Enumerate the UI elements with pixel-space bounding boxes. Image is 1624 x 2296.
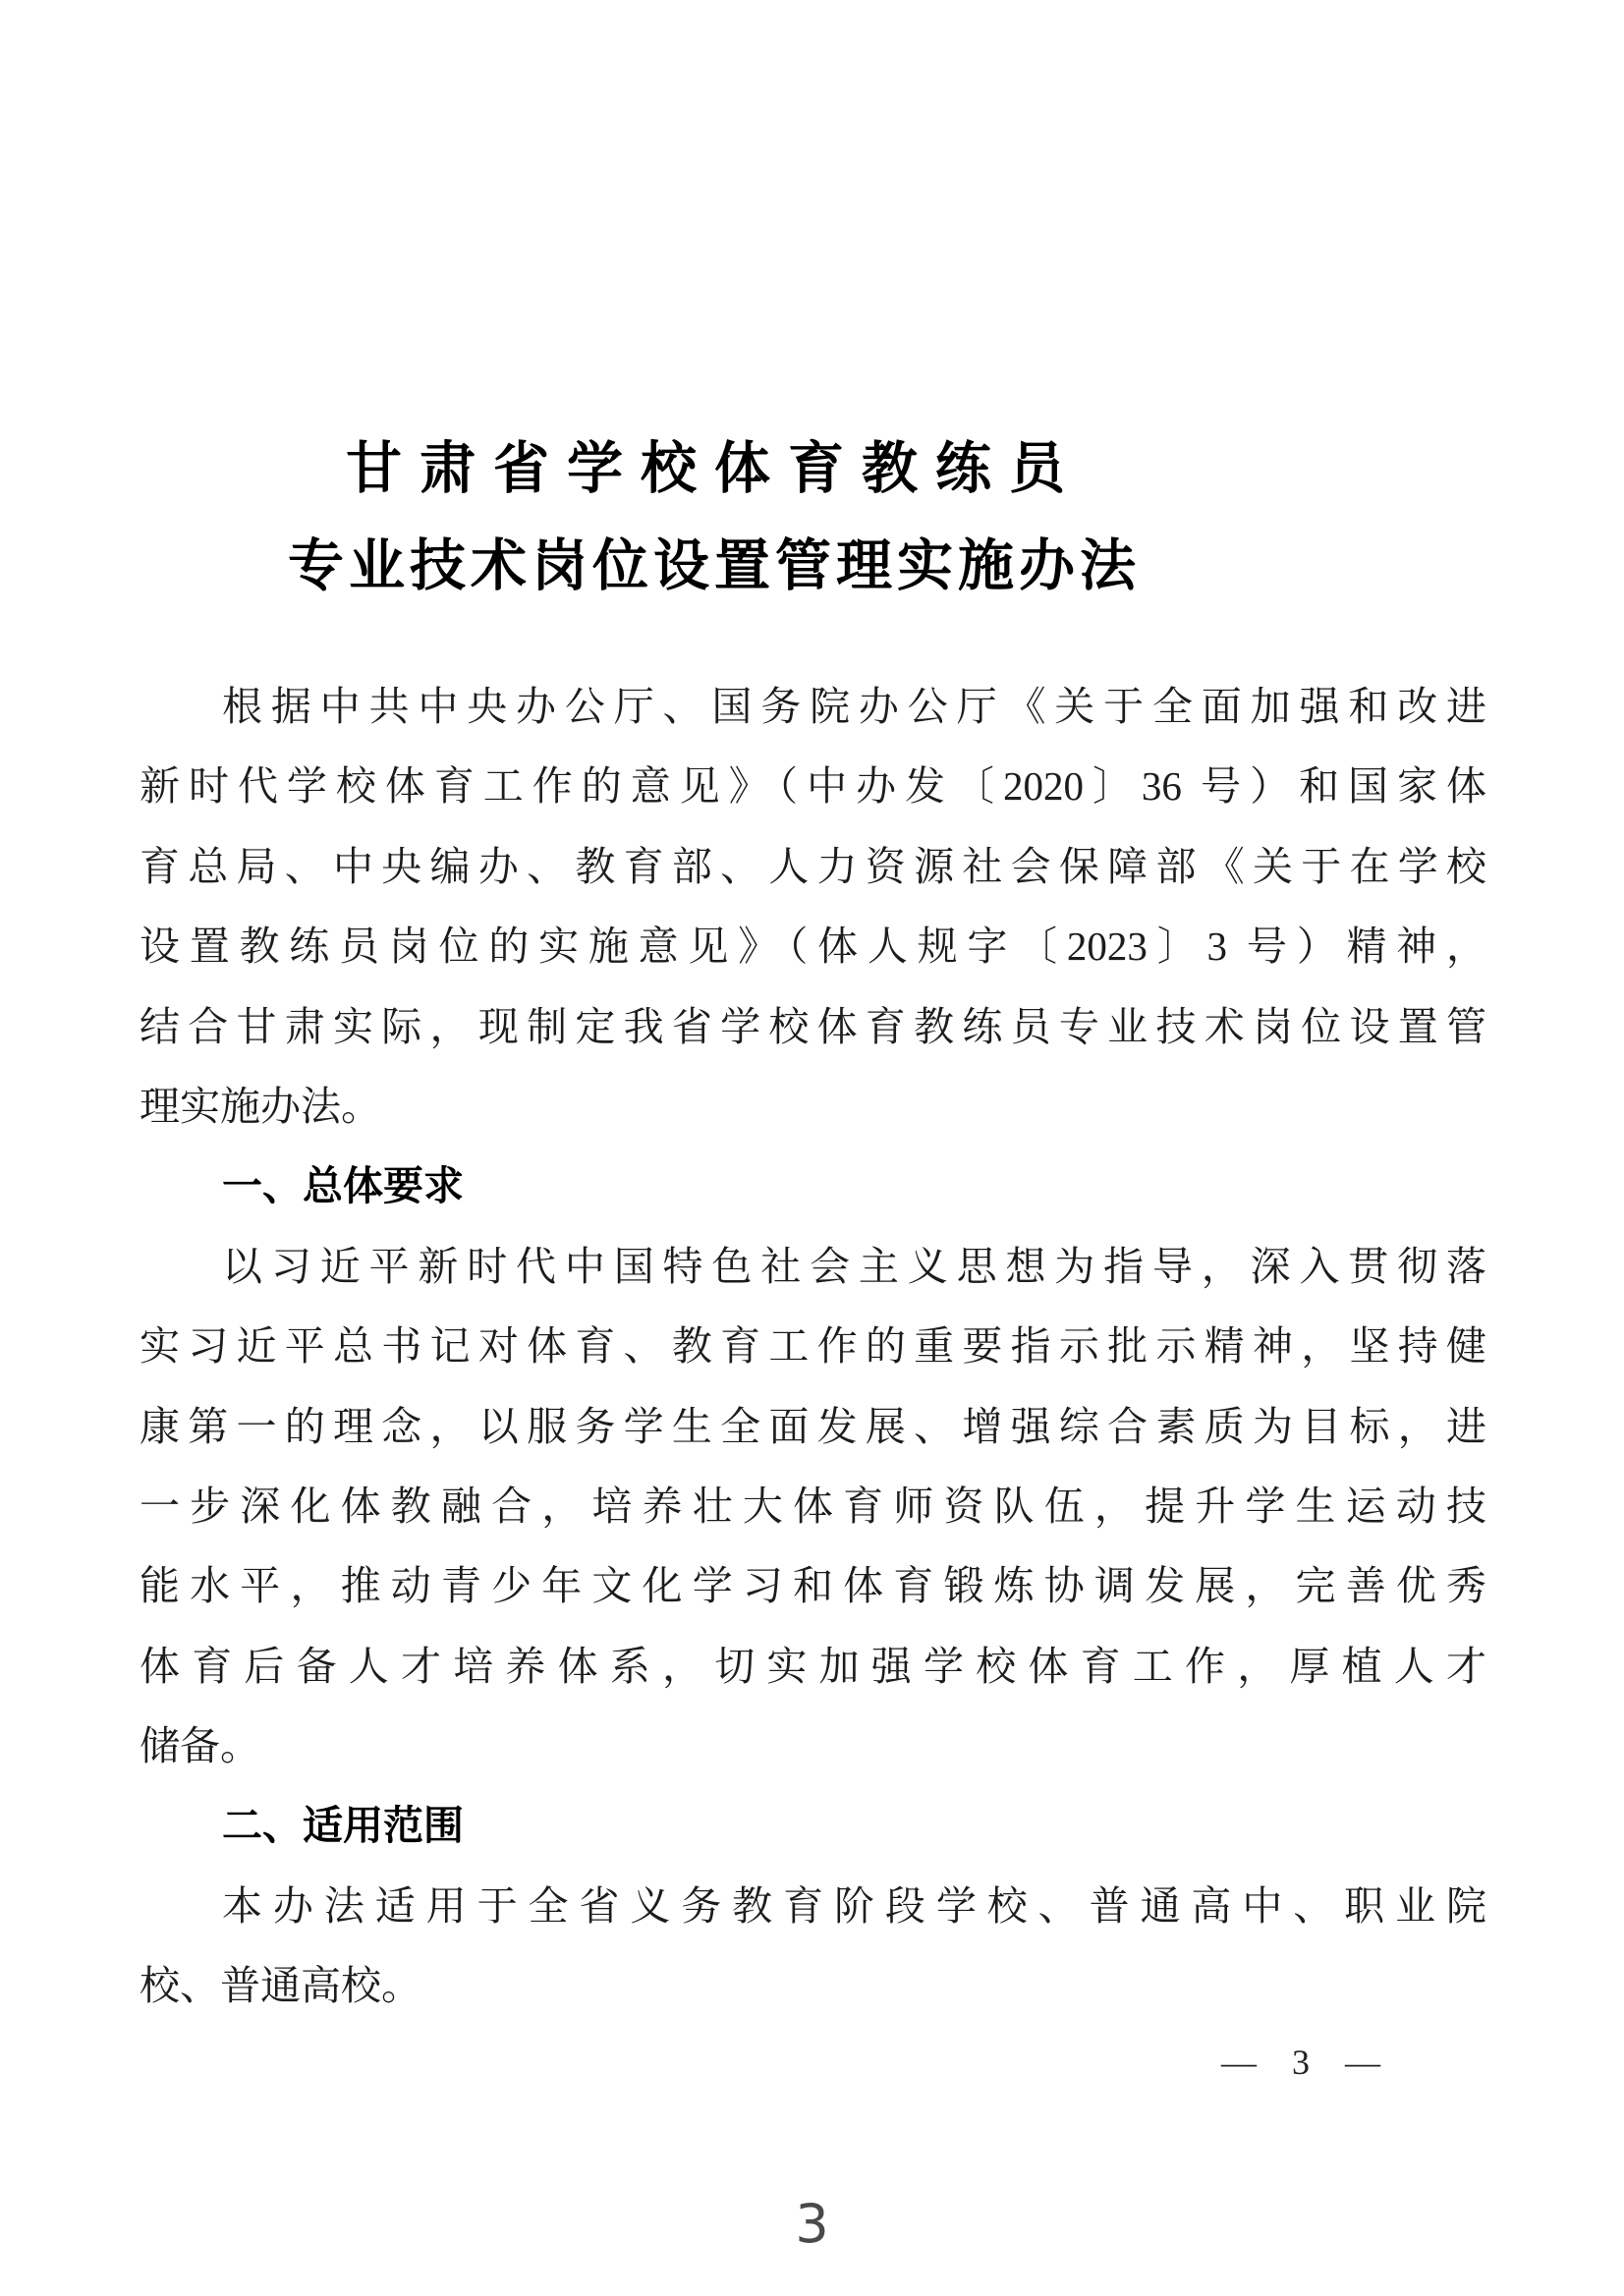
paragraph-line: 校、普通高校。 [140,1946,1486,2026]
section-heading-2: 二、适用范围 [140,1786,1486,1866]
paragraph-line: 新时代学校体育工作的意见》（中办发〔2020〕36 号）和国家体 [140,747,1486,826]
doc-title-line-2: 专业技术岗位设置管理实施办法 [0,536,1428,597]
document-page: 甘肃省学校体育教练员 专业技术岗位设置管理实施办法 根据中共中央办公厅、国务院办… [0,0,1624,2296]
section-heading-1: 一、总体要求 [140,1147,1486,1226]
paragraph-line: 本办法适用于全省义务教育阶段学校、普通高中、职业院 [140,1867,1486,1946]
paragraph-line: 根据中共中央办公厅、国务院办公厅《关于全面加强和改进 [140,667,1486,747]
doc-body: 根据中共中央办公厅、国务院办公厅《关于全面加强和改进 新时代学校体育工作的意见》… [140,667,1486,2027]
paragraph-line: 以习近平新时代中国特色社会主义思想为指导，深入贯彻落 [140,1227,1486,1307]
paragraph-line: 育总局、中央编办、教育部、人力资源社会保障部《关于在学校 [140,827,1486,907]
paragraph-line: 设置教练员岗位的实施意见》（体人规字〔2023〕3 号）精神， [140,907,1486,986]
paragraph-line: 一步深化体教融合，培养壮大体育师资队伍，提升学生运动技 [140,1467,1486,1546]
paragraph-line: 实习近平总书记对体育、教育工作的重要指示批示精神，坚持健 [140,1307,1486,1386]
paragraph-line: 结合甘肃实际，现制定我省学校体育教练员专业技术岗位设置管 [140,987,1486,1067]
paragraph-line: 康第一的理念，以服务学生全面发展、增强综合素质为目标，进 [140,1387,1486,1467]
doc-title-line-1: 甘肃省学校体育教练员 [0,439,1428,500]
paragraph-line: 能水平，推动青少年文化学习和体育锻炼协调发展，完善优秀 [140,1546,1486,1626]
footer-page-number: — 3 — [1221,2042,1387,2083]
paragraph-line: 理实施办法。 [140,1067,1486,1147]
viewer-page-indicator: 3 [0,2193,1624,2255]
paragraph-line: 储备。 [140,1707,1486,1786]
paragraph-line: 体育后备人才培养体系，切实加强学校体育工作，厚植人才 [140,1627,1486,1707]
